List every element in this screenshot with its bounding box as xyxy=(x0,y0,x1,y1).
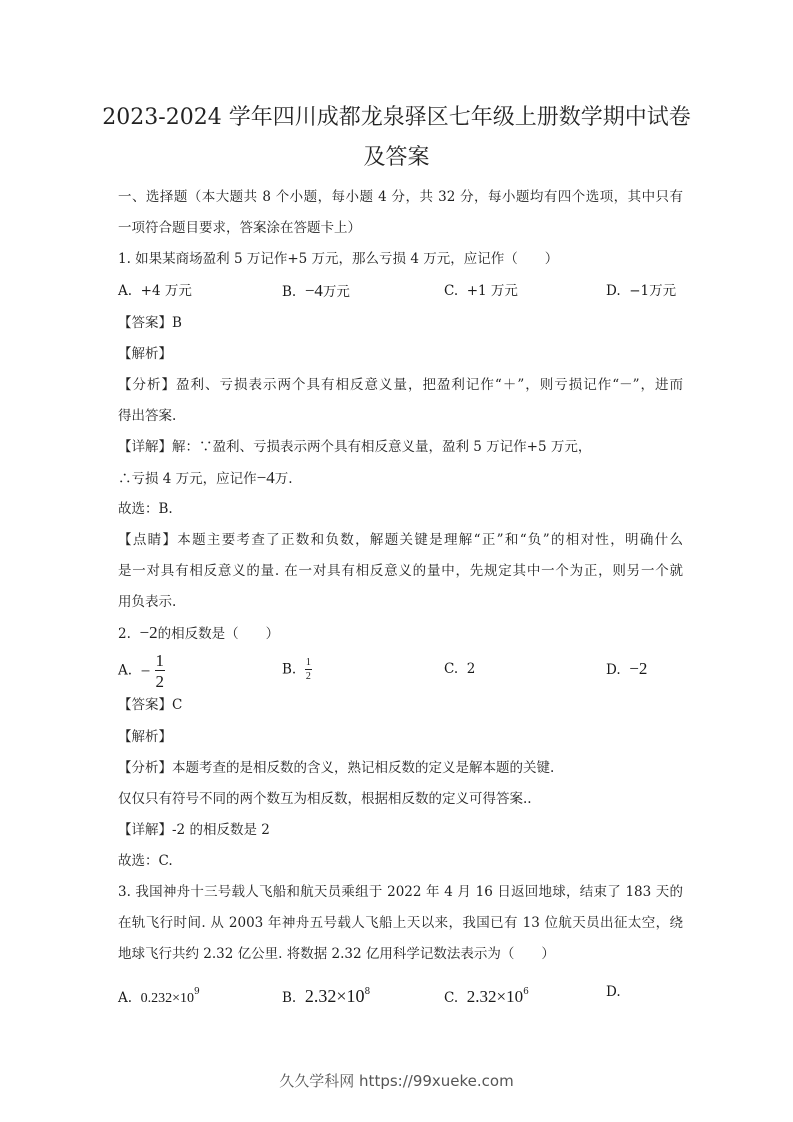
option-value: +1 万元 xyxy=(467,283,518,299)
option-label: B. xyxy=(282,661,296,677)
option-value: +4 万元 xyxy=(141,283,192,299)
q1-fenxi-line1: 【分析】盈利、亏损表示两个具有相反意义量，把盈利记作“＋”，则亏损记作“－”，进… xyxy=(118,375,683,395)
option-base: 0.232×10 xyxy=(141,991,194,1006)
option-base: 2.32×10 xyxy=(467,987,523,1006)
option-value: 2 xyxy=(467,661,476,677)
q1-analysis-header: 【解析】 xyxy=(118,344,683,364)
q3-option-a: A. 0.232×109 xyxy=(118,982,200,1009)
q2-option-c: C. 2 xyxy=(444,659,475,679)
q1-xiangjie-line2: ∴亏损 4 万元，应记作−4万. xyxy=(118,468,683,489)
text: 的相反数是（ ） xyxy=(158,626,280,642)
option-value: −2 xyxy=(629,659,647,678)
option-label: C. xyxy=(444,990,458,1006)
option-label: D. xyxy=(606,984,621,1000)
q2-choice: 故选：C. xyxy=(118,851,683,871)
fraction: 1 2 xyxy=(155,652,166,690)
text: ∴亏损 4 万元，应记作 xyxy=(118,471,257,487)
section-header-line1: 一、选择题（本大题共 8 个小题，每小题 4 分，共 32 分，每小题均有四个选… xyxy=(118,187,683,207)
q1-dianjing-line2: 是一对具有相反意义的量. 在一对具有相反意义的量中，先规定其中一个为正，则另一个… xyxy=(118,561,683,581)
q2-fenxi-line1: 【分析】本题考查的是相反数的含义，熟记相反数的定义是解本题的关键. xyxy=(118,758,683,778)
option-exponent: 8 xyxy=(364,987,370,997)
option-label: D. xyxy=(606,283,621,299)
q1-fenxi-line2: 得出答案. xyxy=(118,406,683,426)
option-label: D. xyxy=(606,662,621,678)
option-unit: 万元 xyxy=(323,284,350,300)
q1-option-b: B. −4万元 xyxy=(282,281,350,302)
numerator: 1 xyxy=(155,652,166,671)
option-label: B. xyxy=(282,284,296,300)
math-value: −2 xyxy=(139,623,157,642)
q2-answer: 【答案】C xyxy=(118,695,683,715)
q2-option-a: A. − 1 2 xyxy=(118,652,165,690)
document-title-line1: 2023-2024 学年四川成都龙泉驿区七年级上册数学期中试卷 xyxy=(100,103,693,133)
q1-dianjing-line1: 【点睛】本题主要考查了正数和负数，解题关键是理解“正”和“负”的相对性，明确什么 xyxy=(118,530,683,550)
numerator: 1 xyxy=(305,658,312,670)
section-header-line2: 一项符合题目要求，答案涂在答题卡上） xyxy=(118,218,683,238)
q2-option-b: B. 1 2 xyxy=(282,658,312,682)
q1-stem: 1. 如果某商场盈利 5 万记作+5 万元，那么亏损 4 万元，应记作（ ） xyxy=(118,249,683,269)
document-title-line2: 及答案 xyxy=(100,143,693,173)
q3-option-c: C. 2.32×106 xyxy=(444,982,529,1008)
option-value: −1 xyxy=(629,283,649,299)
option-label: C. xyxy=(444,283,458,299)
q1-option-a: A. +4 万元 xyxy=(118,281,192,301)
q1-answer: 【答案】B xyxy=(118,313,683,333)
q2-fenxi-line2: 仅仅只有符号不同的两个数互为相反数，根据相反数的定义可得答案.. xyxy=(118,789,683,809)
q1-xiangjie-line1: 【详解】解：∵盈利、亏损表示两个具有相反意义量，盈利 5 万记作+5 万元， xyxy=(118,437,683,457)
option-unit: 万元 xyxy=(649,283,676,299)
denominator: 2 xyxy=(156,671,165,690)
q2-xiangjie: 【详解】-2 的相反数是 2 xyxy=(118,820,683,840)
q2-option-d: D. −2 xyxy=(606,659,647,680)
math-value: −4 xyxy=(257,468,275,487)
question-number: 2. xyxy=(118,626,131,642)
footer-watermark: 久久学科网 https://99xueke.com xyxy=(0,1070,793,1091)
q3-option-d: D. xyxy=(606,982,621,1002)
q1-choice: 故选：B. xyxy=(118,499,683,519)
fraction: 1 2 xyxy=(305,658,312,682)
option-exponent: 9 xyxy=(194,987,200,997)
option-sign: − xyxy=(141,662,151,681)
q2-analysis-header: 【解析】 xyxy=(118,727,683,747)
option-label: A. xyxy=(118,662,132,678)
option-label: A. xyxy=(118,283,132,299)
option-exponent: 6 xyxy=(523,987,529,997)
exam-page: 2023-2024 学年四川成都龙泉驿区七年级上册数学期中试卷 及答案 一、选择… xyxy=(0,0,793,1122)
denominator: 2 xyxy=(306,670,311,682)
q1-option-d: D. −1万元 xyxy=(606,281,676,301)
q1-option-c: C. +1 万元 xyxy=(444,281,518,301)
q3-stem-line1: 3. 我国神舟十三号载人飞船和航天员乘组于 2022 年 4 月 16 日返回地… xyxy=(118,882,683,902)
q3-stem-line2: 在轨飞行时间. 从 2003 年神舟五号载人飞船上天以来，我国已有 13 位航天… xyxy=(118,913,683,933)
q1-dianjing-line3: 用负表示. xyxy=(118,592,683,612)
q2-stem: 2. −2的相反数是（ ） xyxy=(118,623,683,644)
option-value: −4 xyxy=(305,281,323,300)
option-label: B. xyxy=(282,990,296,1006)
text: 万. xyxy=(275,471,293,487)
option-base: 2.32×10 xyxy=(305,986,365,1006)
q3-option-b: B. 2.32×108 xyxy=(282,982,370,1008)
option-label: C. xyxy=(444,661,458,677)
q3-stem-line3: 地球飞行共约 2.32 亿公里. 将数据 2.32 亿用科学记数法表示为（ ） xyxy=(118,944,683,964)
option-label: A. xyxy=(118,990,132,1006)
